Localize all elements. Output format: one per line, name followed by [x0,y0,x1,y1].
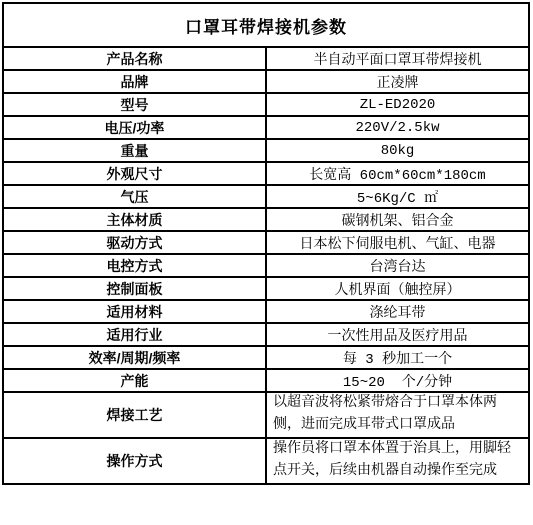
row-label-brand: 品牌 [3,70,266,93]
row-value-drive-method: 日本松下伺服电机、气缸、电器 [266,231,529,254]
table-row: 主体材质 碳钢机架、铝合金 [3,208,529,231]
row-value-electric-control: 台湾台达 [266,254,529,277]
row-value-voltage-power: 220V/2.5kw [266,116,529,139]
table-row: 适用材料 涤纶耳带 [3,300,529,323]
table-row: 电压/功率 220V/2.5kw [3,116,529,139]
row-label-drive-method: 驱动方式 [3,231,266,254]
row-value-control-panel: 人机界面（触控屏） [266,277,529,300]
row-value-efficiency: 每 3 秒加工一个 [266,346,529,369]
row-value-operation-method: 操作员将口罩本体置于治具上，用脚轻点开关，后续由机器自动操作至完成 [266,438,529,484]
row-label-dimensions: 外观尺寸 [3,162,266,185]
row-label-applicable-material: 适用材料 [3,300,266,323]
table-row: 外观尺寸 长宽高 60cm*60cm*180cm [3,162,529,185]
row-value-applicable-industry: 一次性用品及医疗用品 [266,323,529,346]
row-value-air-pressure: 5~6Kg/C ㎡ [266,185,529,208]
row-label-product-name: 产品名称 [3,47,266,70]
table-row: 产品名称 半自动平面口罩耳带焊接机 [3,47,529,70]
table-row: 重量 80kg [3,139,529,162]
table-row: 气压 5~6Kg/C ㎡ [3,185,529,208]
row-value-dimensions: 长宽高 60cm*60cm*180cm [266,162,529,185]
row-label-weight: 重量 [3,139,266,162]
row-label-electric-control: 电控方式 [3,254,266,277]
row-value-brand: 正凌牌 [266,70,529,93]
row-label-operation-method: 操作方式 [3,438,266,484]
table-row: 产能 15~20 个/分钟 [3,369,529,392]
row-label-applicable-industry: 适用行业 [3,323,266,346]
row-label-air-pressure: 气压 [3,185,266,208]
row-value-weight: 80kg [266,139,529,162]
row-label-model: 型号 [3,93,266,116]
table-row: 型号 ZL-ED2020 [3,93,529,116]
table-row: 品牌 正凌牌 [3,70,529,93]
table-row: 电控方式 台湾台达 [3,254,529,277]
row-value-body-material: 碳钢机架、铝合金 [266,208,529,231]
row-label-capacity: 产能 [3,369,266,392]
row-value-model: ZL-ED2020 [266,93,529,116]
row-label-control-panel: 控制面板 [3,277,266,300]
page-title: 口罩耳带焊接机参数 [3,3,529,47]
row-value-welding-process: 以超音波将松紧带熔合于口罩本体两侧，进而完成耳带式口罩成品 [266,392,529,438]
row-value-product-name: 半自动平面口罩耳带焊接机 [266,47,529,70]
row-label-efficiency: 效率/周期/频率 [3,346,266,369]
row-label-body-material: 主体材质 [3,208,266,231]
table-row: 适用行业 一次性用品及医疗用品 [3,323,529,346]
row-label-welding-process: 焊接工艺 [3,392,266,438]
parameters-table: 口罩耳带焊接机参数 产品名称 半自动平面口罩耳带焊接机 品牌 正凌牌 型号 ZL… [2,2,530,485]
table-row: 驱动方式 日本松下伺服电机、气缸、电器 [3,231,529,254]
row-label-voltage-power: 电压/功率 [3,116,266,139]
row-value-applicable-material: 涤纶耳带 [266,300,529,323]
table-row: 效率/周期/频率 每 3 秒加工一个 [3,346,529,369]
title-row: 口罩耳带焊接机参数 [3,3,529,47]
table-row: 焊接工艺 以超音波将松紧带熔合于口罩本体两侧，进而完成耳带式口罩成品 [3,392,529,438]
table-row: 控制面板 人机界面（触控屏） [3,277,529,300]
table-row: 操作方式 操作员将口罩本体置于治具上，用脚轻点开关，后续由机器自动操作至完成 [3,438,529,484]
row-value-capacity: 15~20 个/分钟 [266,369,529,392]
